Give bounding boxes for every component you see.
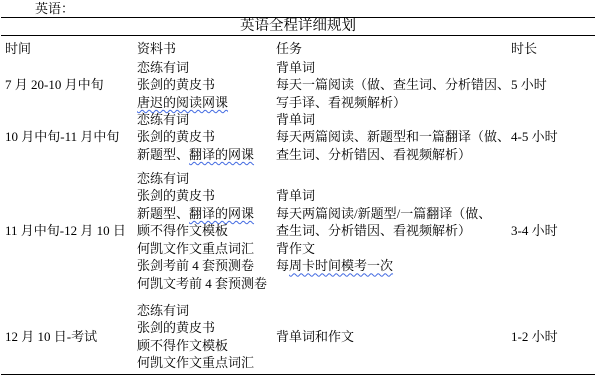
task-line: 每天两篇阅读/新题型/一篇翻译（做、 [276, 205, 511, 223]
study-plan-table: 英语全程详细规划 时间 资料书 任务 时长 7 月 20-10 月中旬恋练有词张… [1, 17, 595, 375]
text-segment: 写手译、看视频解析） [276, 95, 406, 110]
text-segment: 每天一篇阅读（做、查生词、分析错因、 [276, 77, 510, 92]
table-row: 7 月 20-10 月中旬恋练有词张剑的黄皮书唐迟的阅读网课背单词每天一篇阅读（… [1, 59, 595, 111]
text-segment: 1-2 小时 [511, 329, 558, 344]
book-line: 张剑考前 4 套预测卷 [137, 257, 276, 275]
text-segment: 每 [276, 258, 289, 273]
time-cell: 12 月 10 日-考试 [1, 299, 137, 374]
task-line: 写手译、看视频解析） [276, 94, 511, 112]
text-segment: 11 月中旬-12 月 10 日 [5, 223, 126, 238]
table-row: 10 月中旬-11 月中旬恋练有词张剑的黄皮书新题型、翻译的网课背单词每天两篇阅… [1, 111, 595, 163]
task-line: 查生词、分析错因、看视频解析） [276, 146, 511, 164]
table-title: 英语全程详细规划 [1, 18, 595, 36]
text-segment: 背单词和作文 [276, 329, 354, 344]
text-segment: 4-5 小时 [511, 129, 558, 144]
task-line: 背作文 [276, 240, 511, 258]
time-cell: 11 月中旬-12 月 10 日 [1, 163, 137, 299]
text-segment: 新题型、 [137, 147, 189, 162]
book-line: 何凯文作文重点词汇 [137, 354, 276, 372]
text-segment: 10 月中旬-11 月中旬 [5, 129, 119, 144]
duration-label: 4-5 小时 [511, 128, 595, 146]
time-period-label: 11 月中旬-12 月 10 日 [5, 222, 137, 240]
text-segment: 何凯文考前 4 套预测卷 [137, 276, 267, 291]
task-line: 每天两篇阅读、新题型和一篇翻译（做、 [276, 128, 511, 146]
document-page: 英语： 英语全程详细规划 时间 资料书 任务 时长 7 月 20-10 月中旬恋… [0, 0, 596, 380]
text-segment: 张剑的黄皮书 [137, 77, 215, 92]
time-period-label: 12 月 10 日-考试 [5, 328, 137, 346]
column-header-duration: 时长 [511, 38, 595, 57]
book-line: 顾不得作文模板 [137, 222, 276, 240]
column-header-books: 资料书 [137, 38, 276, 57]
book-line: 新题型、翻译的网课 [137, 146, 276, 164]
book-line: 张剑的黄皮书 [137, 128, 276, 146]
book-line: 恋练有词 [137, 170, 276, 188]
tasks-cell: 背单词每天两篇阅读/新题型/一篇翻译（做、查生词、分析错因、看视频解析）背作文每… [276, 163, 511, 299]
book-line: 顾不得作文模板 [137, 337, 276, 355]
text-segment: 顾不得作文模板 [137, 338, 228, 353]
text-segment: 恋练有词 [137, 171, 189, 186]
text-segment: 新题型、 [137, 206, 189, 221]
task-line: 背单词和作文 [276, 328, 511, 346]
table-row: 12 月 10 日-考试恋练有词张剑的黄皮书顾不得作文模板何凯文作文重点词汇背单… [1, 299, 595, 374]
duration-label: 3-4 小时 [511, 222, 595, 240]
time-cell: 7 月 20-10 月中旬 [1, 59, 137, 111]
text-segment: 查生词、分析错因、看视频解析） [276, 147, 471, 162]
task-line: 背单词 [276, 59, 511, 77]
text-segment: 12 月 10 日-考试 [5, 329, 97, 344]
duration-cell: 4-5 小时 [511, 111, 595, 163]
text-segment: 背单词 [276, 112, 315, 127]
spellcheck-wavy-underline-text: 周卡时间模考一次 [289, 258, 393, 273]
text-segment: 每天两篇阅读/新题型/一篇翻译（做、 [276, 206, 491, 221]
book-line: 恋练有词 [137, 111, 276, 129]
column-header-time: 时间 [1, 38, 137, 57]
text-segment: 背单词 [276, 188, 315, 203]
spellcheck-wavy-underline-text: 翻译的网课 [189, 206, 254, 221]
tasks-cell: 背单词每天两篇阅读、新题型和一篇翻译（做、查生词、分析错因、看视频解析） [276, 111, 511, 163]
time-period-label: 7 月 20-10 月中旬 [5, 76, 137, 94]
duration-label: 1-2 小时 [511, 328, 595, 346]
text-segment: 张剑的黄皮书 [137, 188, 215, 203]
books-cell: 恋练有词张剑的黄皮书唐迟的阅读网课 [137, 59, 276, 111]
book-line: 唐迟的阅读网课 [137, 94, 276, 112]
spellcheck-wavy-underline-text: 唐迟的阅读网课 [137, 95, 228, 110]
book-line: 何凯文作文重点词汇 [137, 240, 276, 258]
table-header-row: 时间 资料书 任务 时长 [1, 36, 595, 59]
text-segment: 恋练有词 [137, 60, 189, 75]
time-cell: 10 月中旬-11 月中旬 [1, 111, 137, 163]
table-row: 11 月中旬-12 月 10 日恋练有词张剑的黄皮书新题型、翻译的网课顾不得作文… [1, 163, 595, 299]
text-segment: 5 小时 [511, 77, 547, 92]
book-line: 恋练有词 [137, 59, 276, 77]
book-line: 张剑的黄皮书 [137, 76, 276, 94]
text-segment: 3-4 小时 [511, 223, 558, 238]
task-line: 背单词 [276, 111, 511, 129]
books-cell: 恋练有词张剑的黄皮书新题型、翻译的网课顾不得作文模板何凯文作文重点词汇张剑考前 … [137, 163, 276, 299]
duration-cell: 3-4 小时 [511, 163, 595, 299]
task-line: 查生词、分析错因、看视频解析） [276, 222, 511, 240]
column-header-tasks: 任务 [276, 38, 511, 57]
book-line: 张剑的黄皮书 [137, 319, 276, 337]
task-line: 每天一篇阅读（做、查生词、分析错因、 [276, 76, 511, 94]
text-segment: 7 月 20-10 月中旬 [5, 77, 104, 92]
section-label: 英语： [35, 1, 74, 17]
duration-cell: 5 小时 [511, 59, 595, 111]
text-segment: 背单词 [276, 60, 315, 75]
text-segment: 顾不得作文模板 [137, 223, 228, 238]
tasks-cell: 背单词每天一篇阅读（做、查生词、分析错因、写手译、看视频解析） [276, 59, 511, 111]
book-line: 何凯文考前 4 套预测卷 [137, 275, 276, 293]
text-segment: 恋练有词 [137, 303, 189, 318]
text-segment: 何凯文作文重点词汇 [137, 355, 254, 370]
tasks-cell: 背单词和作文 [276, 299, 511, 374]
book-line: 新题型、翻译的网课 [137, 205, 276, 223]
text-segment: 张剑的黄皮书 [137, 320, 215, 335]
text-segment: 背作文 [276, 241, 315, 256]
book-line: 张剑的黄皮书 [137, 187, 276, 205]
duration-label: 5 小时 [511, 76, 595, 94]
spellcheck-wavy-underline-text: 翻译的网课 [189, 147, 254, 162]
text-segment: 张剑的黄皮书 [137, 129, 215, 144]
table-body: 7 月 20-10 月中旬恋练有词张剑的黄皮书唐迟的阅读网课背单词每天一篇阅读（… [1, 59, 595, 374]
text-segment: 张剑考前 4 套预测卷 [137, 258, 254, 273]
books-cell: 恋练有词张剑的黄皮书顾不得作文模板何凯文作文重点词汇 [137, 299, 276, 374]
task-line: 背单词 [276, 187, 511, 205]
text-segment: 每天两篇阅读、新题型和一篇翻译（做、 [276, 129, 510, 144]
time-period-label: 10 月中旬-11 月中旬 [5, 128, 137, 146]
text-segment: 查生词、分析错因、看视频解析） [276, 223, 471, 238]
book-line: 恋练有词 [137, 302, 276, 320]
duration-cell: 1-2 小时 [511, 299, 595, 374]
books-cell: 恋练有词张剑的黄皮书新题型、翻译的网课 [137, 111, 276, 163]
task-line: 每周卡时间模考一次 [276, 257, 511, 275]
text-segment: 恋练有词 [137, 112, 189, 127]
text-segment: 何凯文作文重点词汇 [137, 241, 254, 256]
